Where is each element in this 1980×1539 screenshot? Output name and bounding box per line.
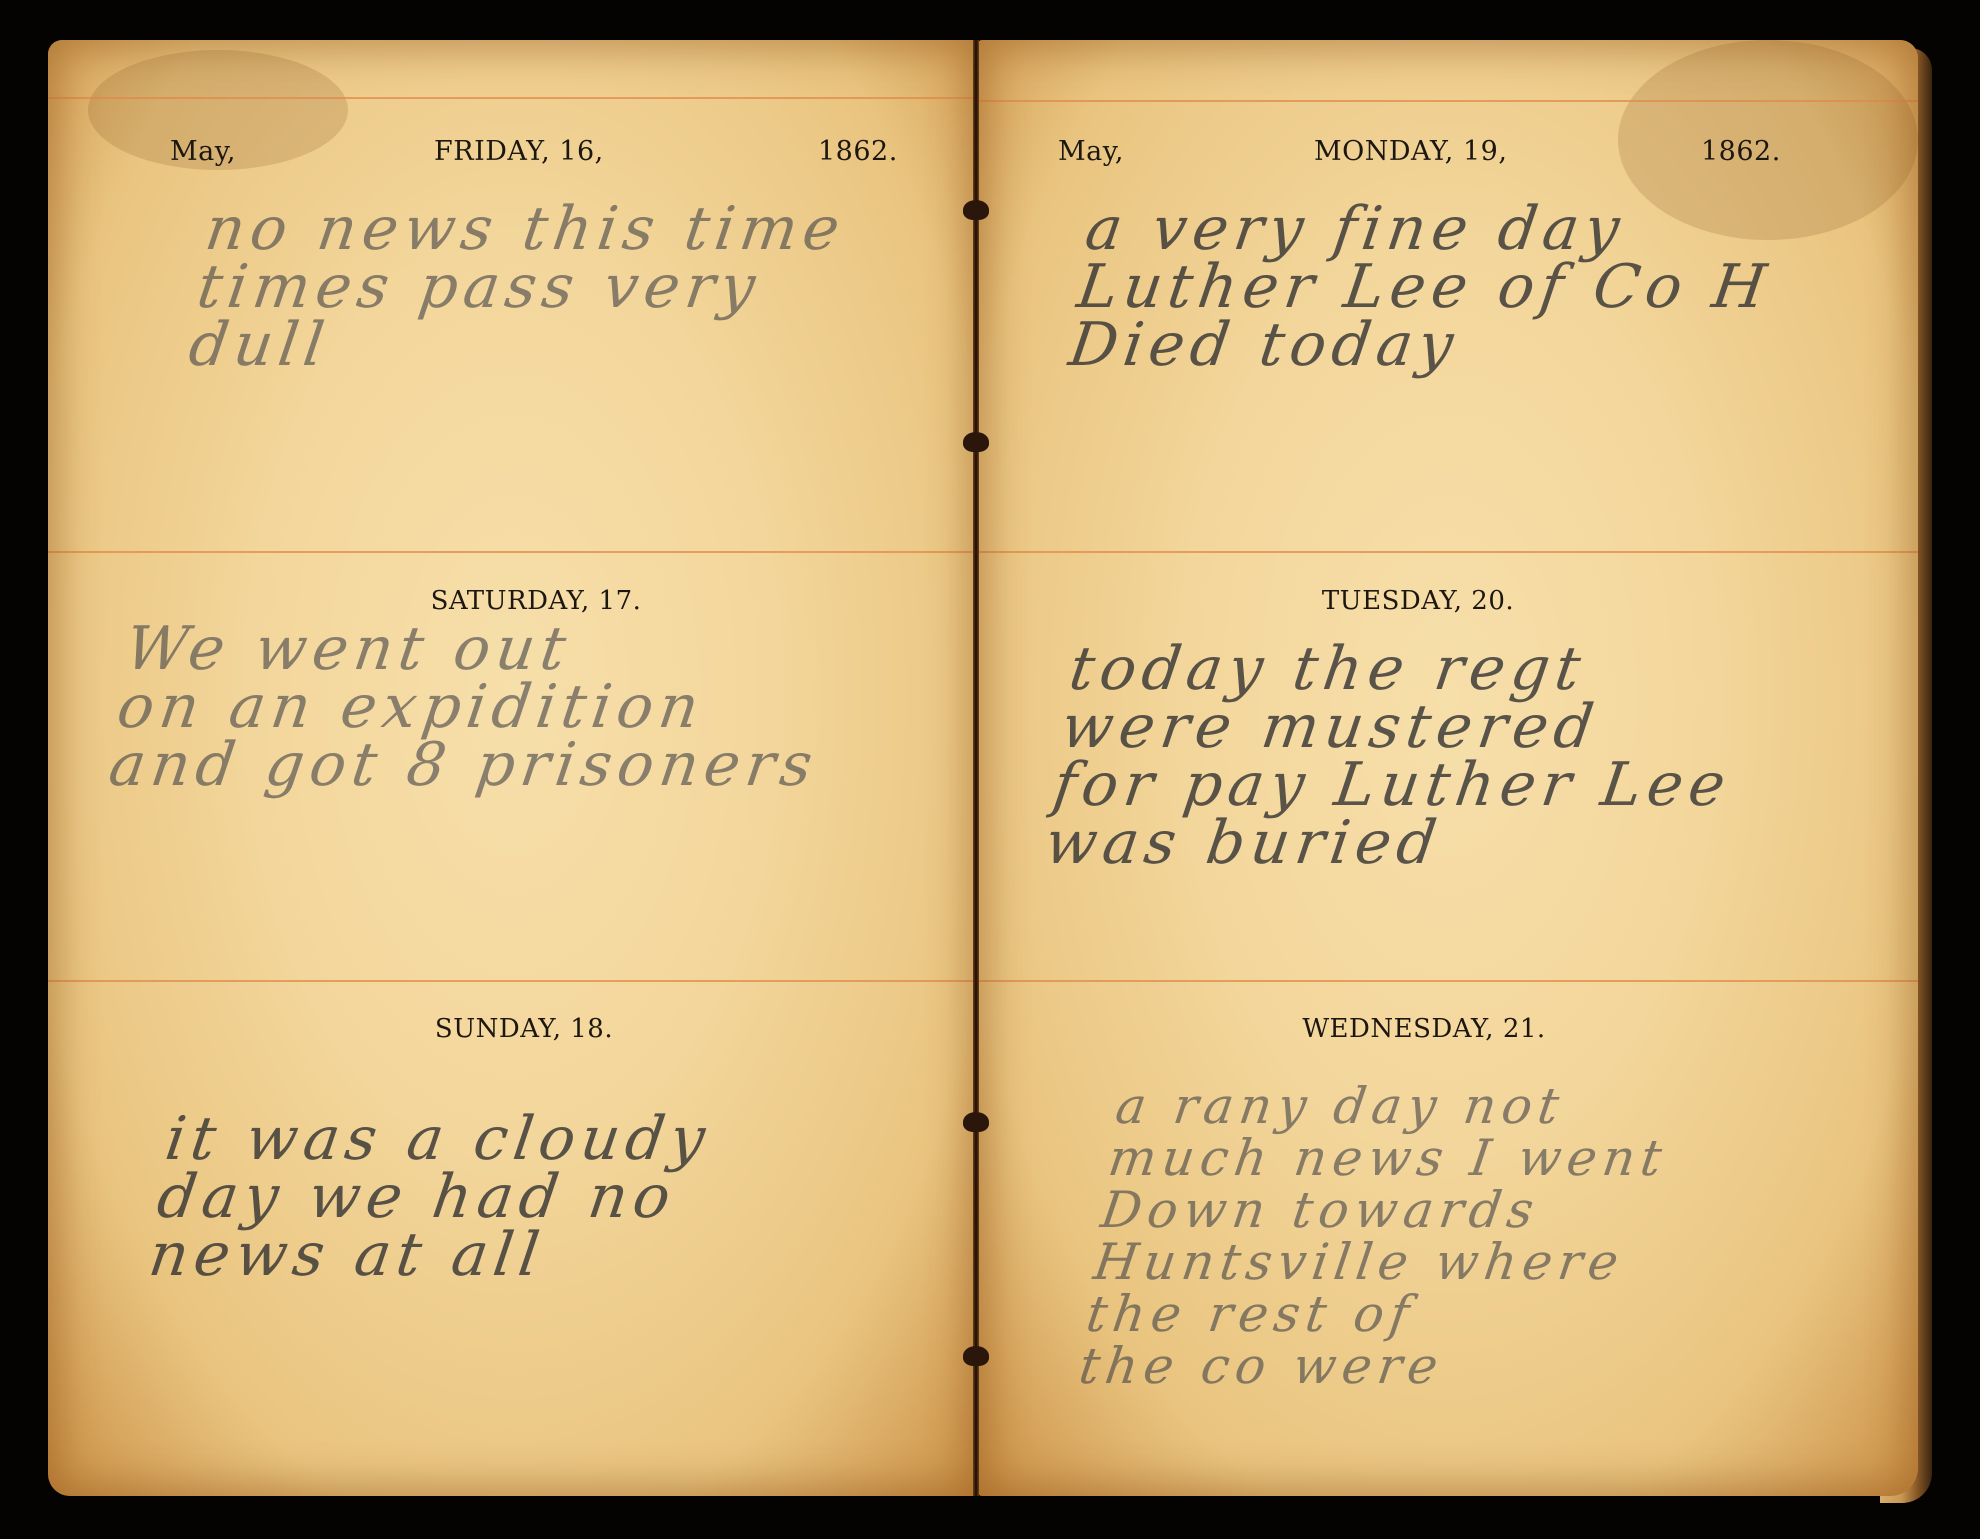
day-heading-saturday-17: SATURDAY, 17. [431,586,642,616]
day-heading-wednesday-21: WEDNESDAY, 21. [1302,1014,1545,1044]
top-rule-line [978,100,1918,102]
binding-stitch-icon [963,200,989,220]
diary-entry-friday-16: no news this time times pass very dull [186,200,849,374]
binding-stitch-icon [963,1346,989,1366]
header-month: May, [1058,136,1124,167]
day-heading-tuesday-20: TUESDAY, 20. [1322,586,1514,616]
section-rule-line [978,551,1918,553]
right-diary-page: May, MONDAY, 19, 1862. a very fine day L… [978,40,1918,1496]
header-year: 1862. [818,136,898,167]
header-year: 1862. [1701,136,1781,167]
top-rule-line [48,97,978,99]
section-rule-line [48,551,978,553]
section-rule-line [48,980,978,982]
diary-entry-saturday-17: We went out on an expidition and got 8 p… [106,620,838,794]
section-rule-line [978,980,1918,982]
left-diary-page: May, FRIDAY, 16, 1862. no news this time… [48,40,978,1496]
diary-entry-monday-19: a very fine day Luther Lee of Co H Died … [1066,200,1784,374]
diary-entry-sunday-18: it was a cloudy day we had no news at al… [146,1110,715,1284]
header-day: FRIDAY, 16, [434,136,604,167]
diary-entry-tuesday-20: today the regt were mustered for pay Lut… [1042,640,1751,872]
diary-entry-wednesday-21: a rany day not much news I went Down tow… [1076,1080,1678,1392]
binding-stitch-icon [963,432,989,452]
day-heading-sunday-18: SUNDAY, 18. [435,1014,613,1044]
binding-stitch-icon [963,1112,989,1132]
header-month: May, [170,136,236,167]
header-day: MONDAY, 19, [1314,136,1507,167]
book-spine [973,40,979,1496]
